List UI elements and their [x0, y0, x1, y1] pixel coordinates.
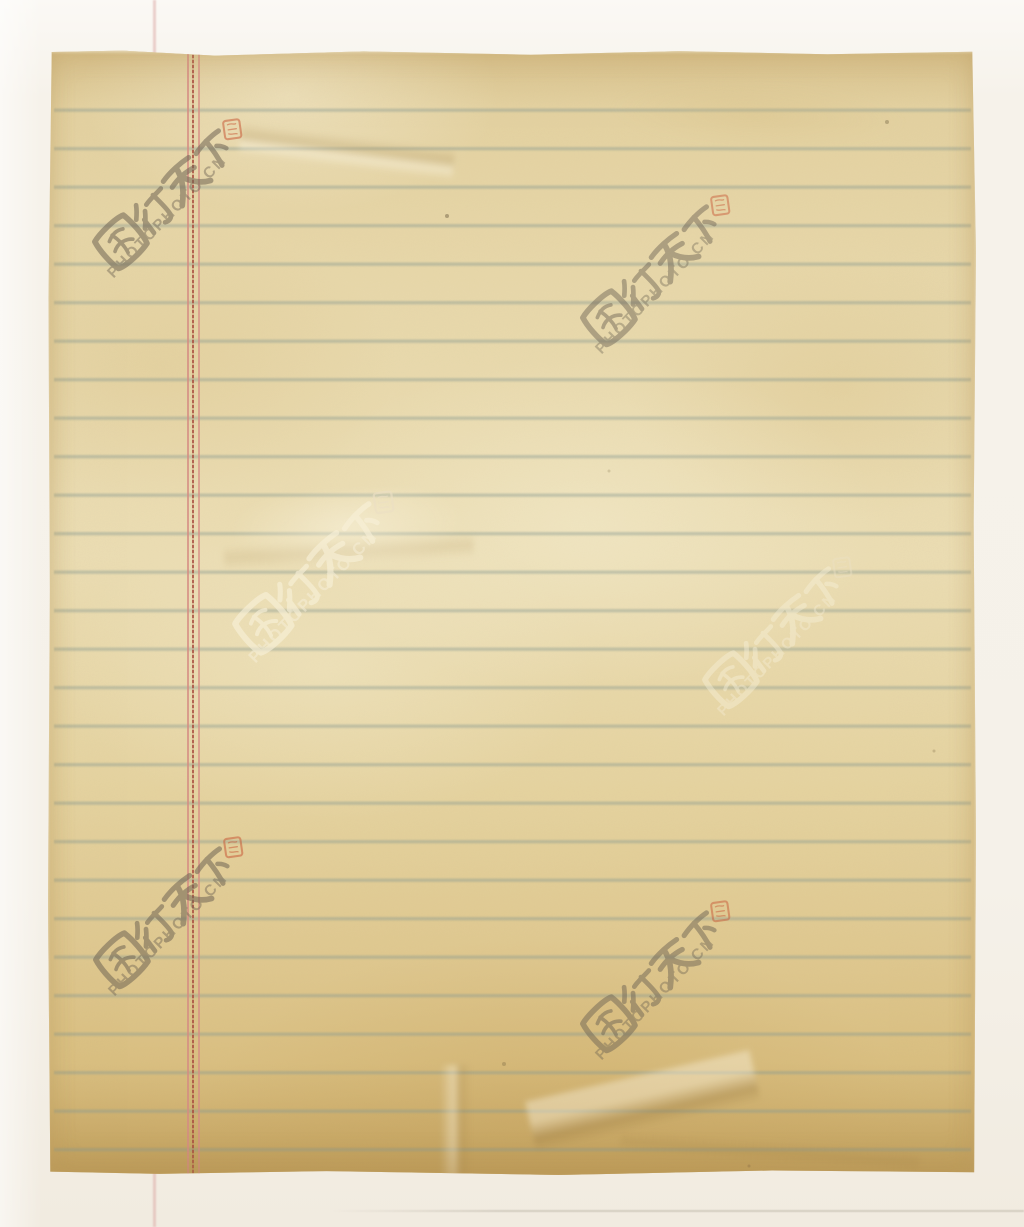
paper-specks — [48, 50, 50, 52]
paper-crease — [619, 1115, 922, 1186]
paper-crease — [606, 72, 909, 158]
paper-crease — [237, 105, 457, 189]
paper-crease — [525, 1050, 765, 1170]
margin-line-outer-right — [198, 50, 200, 1175]
paper-crease — [440, 1065, 470, 1180]
backing-ruled-line — [330, 1210, 1024, 1212]
ruled-lines — [54, 91, 971, 1161]
scan-background: 图行天下 — [0, 0, 1024, 1227]
paper-sheet — [48, 50, 976, 1175]
margin-line-dotted-center — [192, 50, 195, 1175]
paper-crease — [221, 486, 475, 584]
margin-line-outer-left — [187, 50, 189, 1175]
paper-grain-texture — [48, 50, 976, 1175]
margin-line — [48, 50, 976, 1175]
